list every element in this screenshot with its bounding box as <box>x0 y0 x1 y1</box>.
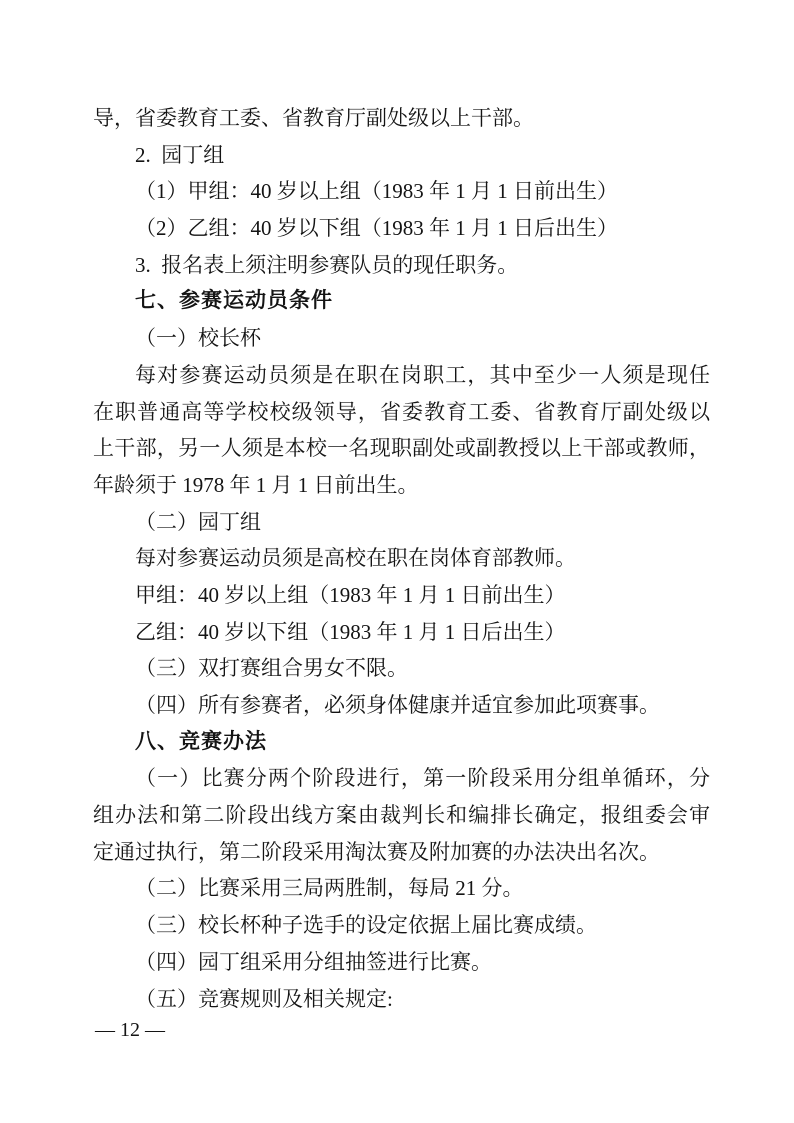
document-body: 导，省委教育工委、省教育厅副处级以上干部。2. 园丁组（1）甲组：40 岁以上组… <box>93 100 710 1017</box>
text-line: 定通过执行，第二阶段采用淘汰赛及附加赛的办法决出名次。 <box>93 834 710 871</box>
text-line: （2）乙组：40 岁以下组（1983 年 1 月 1 日后出生） <box>93 210 710 247</box>
text-line: （三）校长杯种子选手的设定依据上届比赛成绩。 <box>93 907 710 944</box>
text-line: 导，省委教育工委、省教育厅副处级以上干部。 <box>93 100 710 137</box>
text-line: （三）双打赛组合男女不限。 <box>93 650 710 687</box>
text-line: 在职普通高等学校校级领导，省委教育工委、省教育厅副处级以 <box>93 394 710 431</box>
text-line: 甲组：40 岁以上组（1983 年 1 月 1 日前出生） <box>93 577 710 614</box>
text-line: （一）比赛分两个阶段进行，第一阶段采用分组单循环，分 <box>93 760 710 797</box>
text-line: （二）园丁组 <box>93 504 710 541</box>
text-line: （二）比赛采用三局两胜制，每局 21 分。 <box>93 870 710 907</box>
page-number: — 12 — <box>95 1015 165 1045</box>
section-heading: 七、参赛运动员条件 <box>93 283 710 320</box>
text-line: 每对参赛运动员须是高校在职在岗体育部教师。 <box>93 540 710 577</box>
text-line: （一）校长杯 <box>93 320 710 357</box>
text-line: 3. 报名表上须注明参赛队员的现任职务。 <box>93 247 710 284</box>
document-page: 导，省委教育工委、省教育厅副处级以上干部。2. 园丁组（1）甲组：40 岁以上组… <box>0 0 794 1123</box>
text-line: （1）甲组：40 岁以上组（1983 年 1 月 1 日前出生） <box>93 173 710 210</box>
text-line: 乙组：40 岁以下组（1983 年 1 月 1 日后出生） <box>93 614 710 651</box>
text-line: 年龄须于 1978 年 1 月 1 日前出生。 <box>93 467 710 504</box>
text-line: 每对参赛运动员须是在职在岗职工，其中至少一人须是现任 <box>93 357 710 394</box>
text-line: 组办法和第二阶段出线方案由裁判长和编排长确定，报组委会审 <box>93 797 710 834</box>
text-line: （五）竞赛规则及相关规定: <box>93 981 710 1018</box>
text-line: 上干部，另一人须是本校一名现职副处或副教授以上干部或教师， <box>93 430 710 467</box>
text-line: （四）所有参赛者，必须身体健康并适宜参加此项赛事。 <box>93 687 710 724</box>
text-line: 2. 园丁组 <box>93 137 710 174</box>
section-heading: 八、竞赛办法 <box>93 724 710 761</box>
text-line: （四）园丁组采用分组抽签进行比赛。 <box>93 944 710 981</box>
